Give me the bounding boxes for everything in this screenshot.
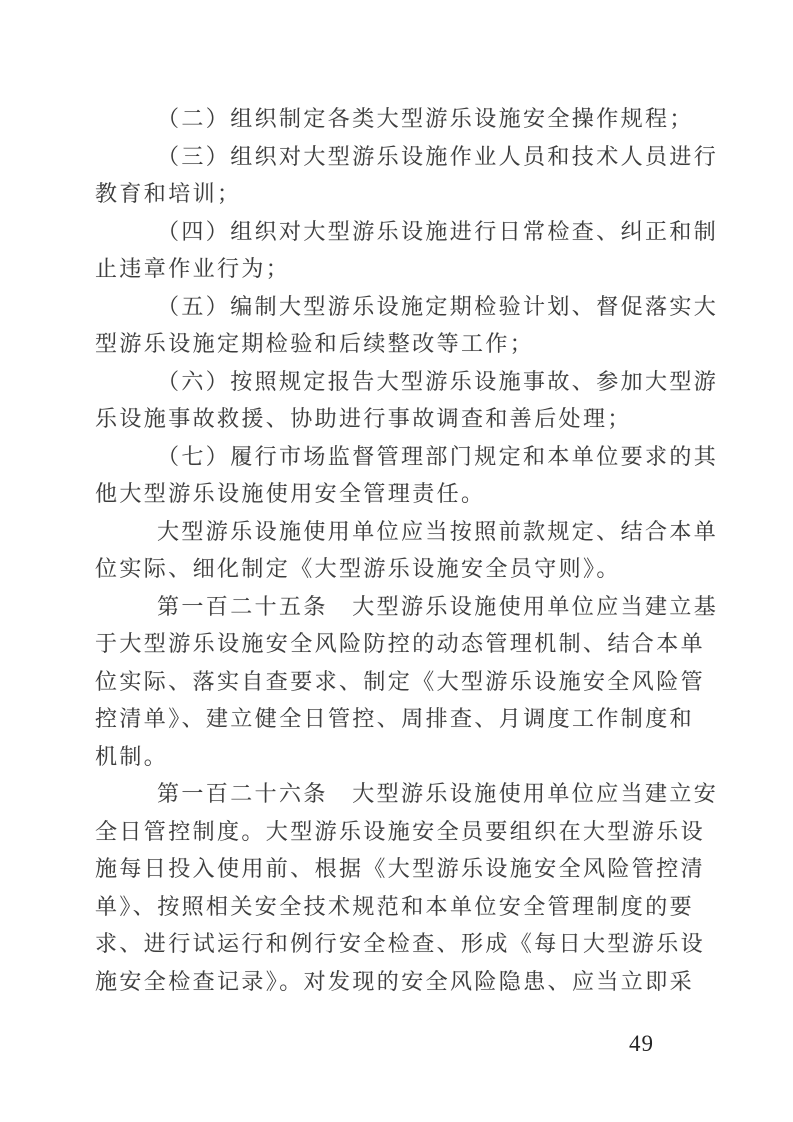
article-125-continuation: 控清单》、建立健全日管控、周排查、月调度工作制度和: [95, 700, 755, 738]
article-126-continuation: 单》、按照相关安全技术规范和本单位安全管理制度的要: [95, 888, 755, 926]
list-item-2-line: （二）组织制定各类大型游乐设施安全操作规程；: [95, 100, 755, 138]
paragraph-line: 大型游乐设施使用单位应当按照前款规定、结合本单: [95, 513, 755, 551]
list-item-7-continuation: 他大型游乐设施使用安全管理责任。: [95, 475, 755, 513]
list-item-5-continuation: 型游乐设施定期检验和后续整改等工作；: [95, 325, 755, 363]
article-126-continuation: 施每日投入使用前、根据《大型游乐设施安全风险管控清: [95, 850, 755, 888]
list-item-5-line: （五）编制大型游乐设施定期检验计划、督促落实大: [95, 288, 755, 326]
article-126-continuation: 全日管控制度。大型游乐设施安全员要组织在大型游乐设: [95, 813, 755, 851]
text-block: （二）组织制定各类大型游乐设施安全操作规程； （三）组织对大型游乐设施作业人员和…: [95, 100, 755, 1000]
list-item-4-continuation: 止违章作业行为；: [95, 250, 755, 288]
article-126-line: 第一百二十六条 大型游乐设施使用单位应当建立安: [95, 775, 755, 813]
article-125-continuation: 于大型游乐设施安全风险防控的动态管理机制、结合本单: [95, 625, 755, 663]
article-125-continuation: 位实际、落实自查要求、制定《大型游乐设施安全风险管: [95, 663, 755, 701]
list-item-7-line: （七）履行市场监督管理部门规定和本单位要求的其: [95, 438, 755, 476]
article-126-continuation: 求、进行试运行和例行安全检查、形成《每日大型游乐设: [95, 925, 755, 963]
article-126-continuation: 施安全检查记录》。对发现的安全风险隐患、应当立即采: [95, 963, 755, 1001]
page-number: 49: [629, 1031, 654, 1057]
article-125-continuation: 机制。: [95, 738, 755, 776]
list-item-3-continuation: 教育和培训；: [95, 175, 755, 213]
list-item-4-line: （四）组织对大型游乐设施进行日常检查、纠正和制: [95, 213, 755, 251]
document-page: （二）组织制定各类大型游乐设施安全操作规程； （三）组织对大型游乐设施作业人员和…: [0, 0, 793, 1122]
list-item-6-line: （六）按照规定报告大型游乐设施事故、参加大型游: [95, 363, 755, 401]
list-item-6-continuation: 乐设施事故救援、协助进行事故调查和善后处理；: [95, 400, 755, 438]
list-item-3-line: （三）组织对大型游乐设施作业人员和技术人员进行: [95, 138, 755, 176]
article-125-line: 第一百二十五条 大型游乐设施使用单位应当建立基: [95, 588, 755, 626]
paragraph-continuation: 位实际、细化制定《大型游乐设施安全员守则》。: [95, 550, 755, 588]
